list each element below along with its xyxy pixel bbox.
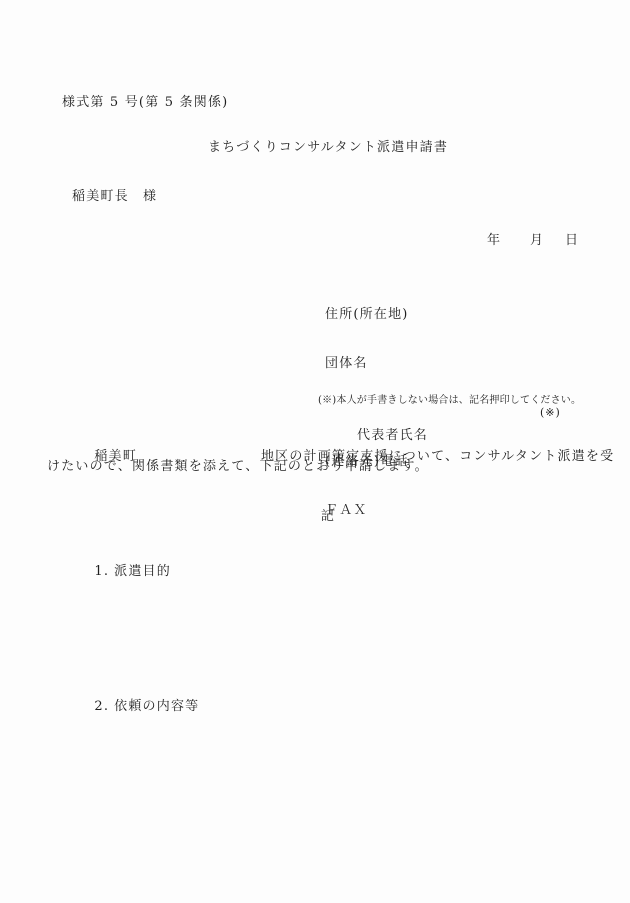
field-address: 住所(所在地)	[325, 303, 428, 326]
application-form-page: 様式第 5 号(第 5 条関係) まちづくりコンサルタント派遣申請書 稲美町長 …	[0, 0, 630, 903]
date-year-label: 年	[487, 234, 501, 247]
item-2-label: 依頼の内容等	[114, 699, 199, 714]
list-item-dispatch-purpose: 1.派遣目的	[73, 552, 171, 591]
form-number: 様式第 5 号(第 5 条関係)	[62, 96, 228, 109]
date-month-label: 月	[530, 234, 544, 247]
body-paragraph-line2: けたいので、関係書類を添えて、下記のとおり申請します。	[47, 460, 429, 473]
item-1-label: 派遣目的	[114, 564, 171, 579]
list-item-request-details: 2.依頼の内容等	[73, 687, 199, 726]
record-marker: 記	[13, 510, 630, 523]
applicant-info-block: 住所(所在地) 団体名 代表者氏名 (※) (連絡先)電話 ＦＡＸ	[325, 277, 428, 548]
date-day-label: 日	[565, 234, 579, 247]
field-organization-name: 団体名	[325, 352, 428, 375]
document-title: まちづくりコンサルタント派遣申請書	[13, 141, 630, 154]
addressee-line: 稲美町長 様	[72, 190, 157, 203]
item-1-number: 1.	[94, 564, 109, 579]
item-2-number: 2.	[94, 699, 109, 714]
signature-note: (※)本人が手書きしない場合は、記名押印してください。	[318, 396, 581, 406]
